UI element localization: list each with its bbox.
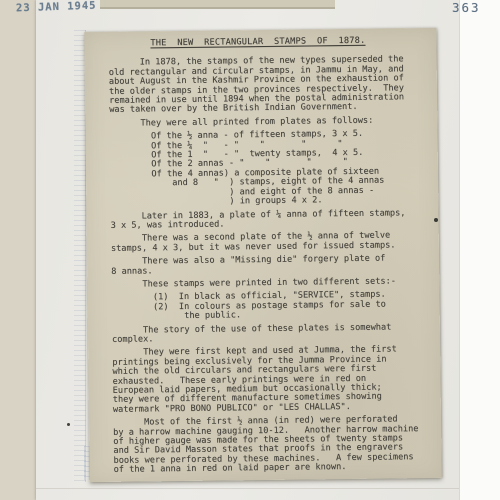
plates-list: Of the ½ anna - of fifteen stamps, 3 x 5… [109, 129, 416, 208]
album-page-number: 363 [452, 0, 481, 15]
paragraph-first-use: They were first kept and used at Jumma, … [112, 345, 419, 415]
document-title-text: THE NEW RECTANGULAR STAMPS OF 1878. [150, 36, 365, 49]
ink-speck [434, 218, 438, 222]
page-crease-line [36, 488, 459, 490]
paragraph-printed-from-plates: They were all printed from plates as fol… [109, 116, 415, 129]
paragraph-second-plate: There was a second plate of the ½ anna o… [111, 231, 417, 254]
sets-list: (1) In black as official, "SERVICE", sta… [111, 290, 417, 322]
ink-speck [67, 423, 70, 426]
paragraph-perforation: Most of the first ½ anna (in red) were p… [113, 415, 420, 475]
paragraph-later-1883: Later in 1883, a plate of ¼ anna of fift… [110, 209, 416, 232]
paragraph-intro: In 1878, the stamps of the new types sup… [109, 56, 416, 116]
adjacent-page-edge [459, 0, 500, 500]
card-edge-above [100, 0, 335, 9]
typewritten-document: THE NEW RECTANGULAR STAMPS OF 1878. In 1… [84, 28, 441, 482]
paragraph-story: The story of the use of these plates is … [112, 323, 418, 346]
paragraph-two-sets: These stamps were printed in two differe… [111, 277, 417, 290]
photographed-album-page: 23 JAN 1945 363 THE NEW RECTANGULAR STAM… [0, 0, 500, 500]
paragraph-missing-die: There was also a "Missing die" forgery p… [111, 254, 417, 277]
document-title: THE NEW RECTANGULAR STAMPS OF 1878. [108, 36, 414, 49]
